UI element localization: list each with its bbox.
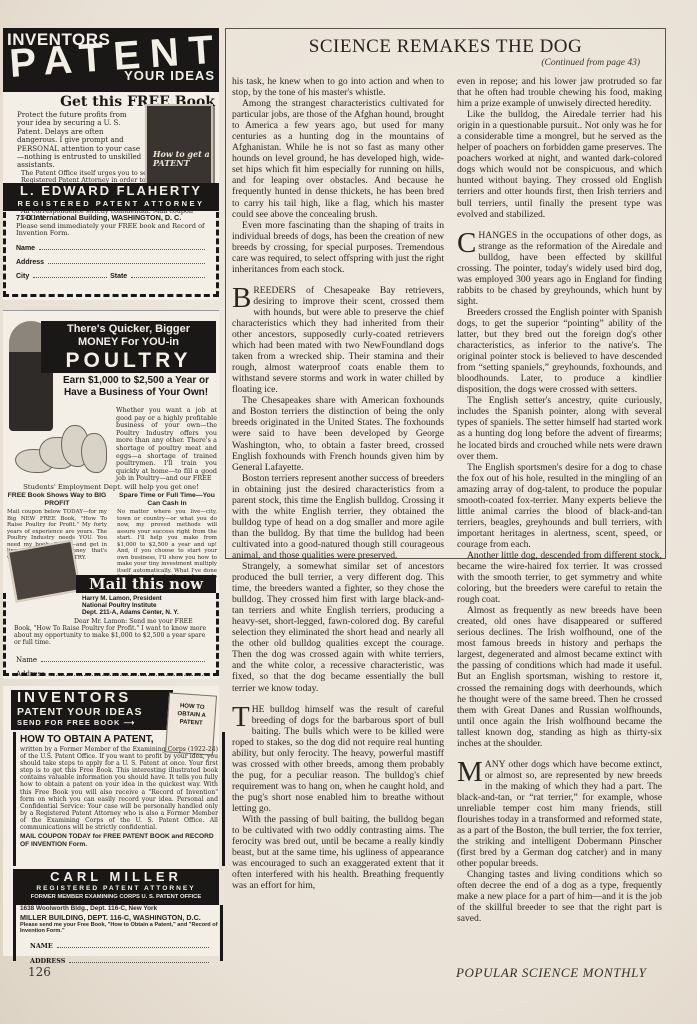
name-field[interactable]: Name <box>6 238 216 252</box>
book-title: How to get a PATENT <box>153 150 211 168</box>
article-paragraph: Strangely, a somewhat similar set of anc… <box>232 561 444 694</box>
col-heading: Spare Time or Full Time—You Can Cash In <box>117 492 217 508</box>
ad-line-1: There's Quicker, Bigger <box>41 321 216 336</box>
coupon-form: 71-D International Building, WASHINGTON,… <box>3 212 219 297</box>
address-field[interactable]: Address <box>6 252 216 266</box>
field-label: Address <box>16 670 45 678</box>
coupon-form: Harry M. Lamon, President National Poult… <box>3 593 219 676</box>
article-paragraph: Changing tastes and living conditions wh… <box>457 869 662 924</box>
hens-illustration <box>11 419 107 481</box>
page-number: 126 <box>28 965 51 979</box>
ad-poultry: There's Quicker, Bigger MONEY For YOU-in… <box>3 310 219 679</box>
coupon-address-2: MILLER BUILDING, DEPT. 116-C, WASHINGTON… <box>20 913 220 922</box>
field-label: City <box>16 273 29 280</box>
field-line <box>69 962 209 963</box>
coupon-request: Please send immediately your FREE book a… <box>6 223 216 238</box>
field-line <box>49 675 205 676</box>
ad-body: written by a Former Member of the Examin… <box>20 746 218 831</box>
field-label: NAME <box>30 942 53 950</box>
address-field[interactable]: ADDRESS <box>20 950 220 965</box>
attorney-name: L. EDWARD FLAHERTY <box>3 183 219 199</box>
drop-cap: C <box>457 230 478 254</box>
article-paragraph: Even more fascinating than the shaping o… <box>232 220 444 275</box>
article-title: SCIENCE REMAKES THE DOG <box>225 36 666 58</box>
article-paragraph: BREEDERS of Chesapeake Bay retrievers, d… <box>232 285 444 395</box>
article-paragraph: even in repose; and his lower jaw protru… <box>457 76 662 109</box>
field-label: Name <box>16 656 37 664</box>
coupon-sender: Harry M. Lamon, President National Poult… <box>6 593 216 617</box>
attorney-former: FORMER MEMBER EXAMINING CORPS U. S. PATE… <box>13 893 219 902</box>
name-field[interactable]: Name <box>6 650 216 664</box>
field-line <box>131 277 205 278</box>
ad-line-2: PATENT YOUR IDEAS <box>17 706 173 718</box>
ad-banner: INVENTORS PATENT YOUR IDEAS SEND FOR FRE… <box>11 690 173 730</box>
field-label: ADDRESS <box>30 957 65 965</box>
ad-col-spare-time: Spare Time or Full Time—You Can Cash In … <box>117 492 217 587</box>
ad-heading: HOW TO OBTAIN A PATENT, <box>20 732 218 746</box>
article-paragraph: Boston terriers represent another succes… <box>232 473 444 561</box>
ad-banner: There's Quicker, Bigger MONEY For YOU-in… <box>41 321 216 373</box>
drop-cap: B <box>232 285 253 309</box>
article-paragraph: The English setter's ancestry, quite cur… <box>457 395 662 461</box>
article-paragraph: Breeders crossed the English pointer wit… <box>457 307 662 395</box>
article-paragraph: MANY other dogs which have become extinc… <box>457 759 662 869</box>
article-left-column: his task, he knew when to go into action… <box>232 76 444 891</box>
article-paragraph: The Chesapeakes share with American foxh… <box>232 395 444 472</box>
ad-flaherty-patent: INVENTORS PATENT YOUR IDEAS Get this FRE… <box>3 28 219 300</box>
ad-line-2: MONEY For YOU-in <box>41 336 216 349</box>
article-paragraph: Almost as frequently as new breeds have … <box>457 605 662 749</box>
coupon-form: 1638 Woolworth Bldg., Dept. 116-C, New Y… <box>13 905 223 961</box>
running-footer: POPULAR SCIENCE MONTHLY <box>456 965 647 981</box>
field-line <box>57 947 209 948</box>
ad-line-1: INVENTORS <box>17 690 173 706</box>
ad-line-3: SEND FOR FREE BOOK ⟶ <box>17 718 173 728</box>
city-state-field[interactable]: CityState <box>6 266 216 280</box>
field-label: Name <box>16 245 35 252</box>
col-heading: FREE Book Shows Way to BIG PROFIT <box>7 492 107 508</box>
attorney-nameplate: CARL MILLER REGISTERED PATENT ATTORNEY F… <box>13 869 219 905</box>
article-right-column: even in repose; and his lower jaw protru… <box>457 76 662 925</box>
ad-subhead: YOUR IDEAS <box>124 68 215 83</box>
article-paragraph: CHANGES in the occupations of other dogs… <box>457 230 662 307</box>
field-label: State <box>110 273 127 280</box>
article-paragraph: With the passing of bull baiting, the bu… <box>232 814 444 891</box>
book-cover-image: How to get a PATENT <box>145 104 213 194</box>
article-paragraph: Among the strangest characteristics cult… <box>232 98 444 220</box>
coupon-address: 71-D International Building, WASHINGTON,… <box>6 212 216 223</box>
hen-icon <box>81 433 107 473</box>
coupon-request: Please send me your Free Book, "How to O… <box>20 922 220 935</box>
coupon-letter: Dear Mr. Lamon: Send me your FREE Book, … <box>6 617 216 646</box>
mail-this-now-banner: Mail this now <box>76 575 216 593</box>
field-label: Address <box>16 259 44 266</box>
article-paragraph: The English sportsmen's desire for a dog… <box>457 462 662 550</box>
attorney-nameplate: L. EDWARD FLAHERTY REGISTERED PATENT ATT… <box>3 183 219 211</box>
article-paragraph: THE bulldog himself was the result of ca… <box>232 704 444 814</box>
book-title: HOW TO OBTAIN A PATENT <box>168 693 216 728</box>
coupon-address-1: 1638 Woolworth Bldg., Dept. 116-C, New Y… <box>20 905 220 913</box>
attorney-name: CARL MILLER <box>13 869 219 884</box>
ad-body-box: HOW TO OBTAIN A PATENT, written by a For… <box>13 732 225 866</box>
field-line <box>48 263 205 264</box>
drop-cap: T <box>232 704 252 728</box>
field-line <box>39 249 205 250</box>
ad-mail-coupon: MAIL COUPON TODAY for FREE PATENT BOOK a… <box>20 833 218 849</box>
drop-cap: M <box>457 759 485 783</box>
ad-miller-patent: INVENTORS PATENT YOUR IDEAS SEND FOR FRE… <box>3 686 219 956</box>
continued-note: (Continued from page 43) <box>440 58 640 68</box>
article-paragraph: Another little dog, descended from diffe… <box>457 550 662 605</box>
ad-banner: INVENTORS PATENT YOUR IDEAS <box>3 28 219 92</box>
address-field[interactable]: Address <box>6 664 216 678</box>
field-line <box>33 277 107 278</box>
attorney-title: REGISTERED PATENT ATTORNEY <box>3 199 219 209</box>
article-paragraph: Like the bulldog, the Airedale terrier h… <box>457 109 662 219</box>
ad-students-line: Students' Employment Dept. will help you… <box>3 483 219 491</box>
ad-pitch: Whether you want a job at good pay or a … <box>116 407 217 483</box>
attorney-title: REGISTERED PATENT ATTORNEY <box>13 884 219 893</box>
article-paragraph: his task, he knew when to go into action… <box>232 76 444 98</box>
ad-line-3: POULTRY <box>41 349 216 373</box>
ad-earn-headline: Earn $1,000 to $2,500 a Year or Have a B… <box>55 375 217 399</box>
ad-body: Protect the future profits from your ide… <box>3 110 149 170</box>
name-field[interactable]: NAME <box>20 935 220 950</box>
field-line <box>41 661 205 662</box>
